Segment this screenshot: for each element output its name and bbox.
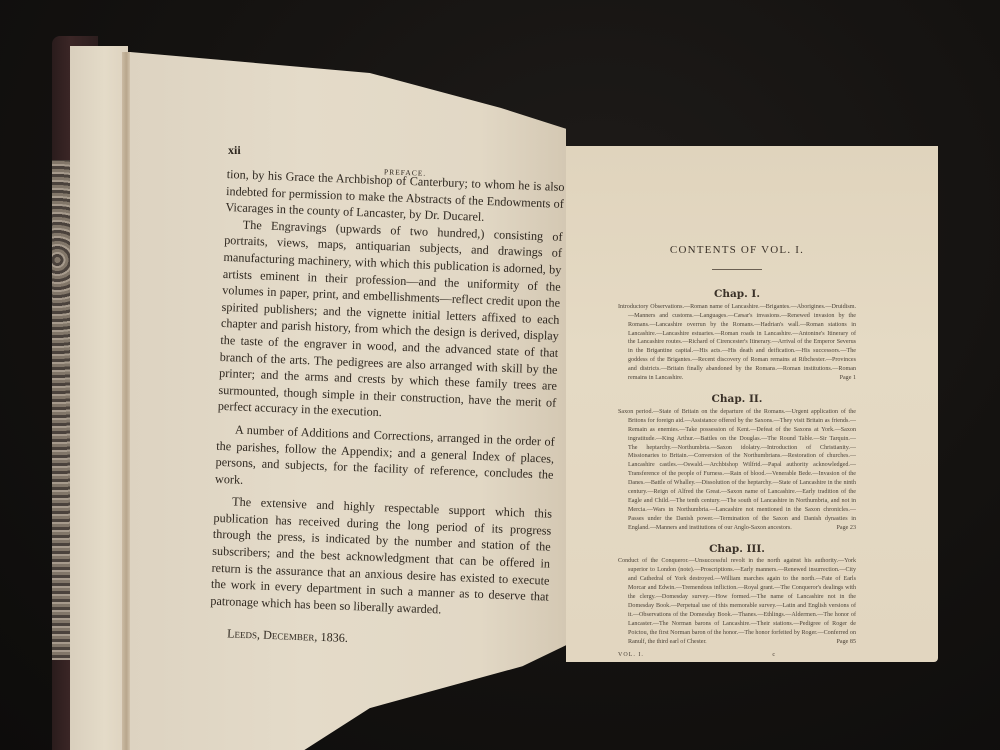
signature-mark: c: [772, 651, 776, 660]
contents-block: CONTENTS OF VOL. I. Chap. I. Introductor…: [618, 246, 856, 659]
book-photo: xii PREFACE. tion, by his Grace the Arch…: [0, 0, 1000, 750]
chapter-heading: Chap. III.: [618, 545, 856, 554]
chapter-summary: Introductory Observations.—Roman name of…: [618, 303, 856, 383]
page-reference: Page 85: [847, 638, 856, 647]
preface-paragraph: A number of Additions and Corrections, a…: [215, 421, 555, 500]
preface-paragraph: The Engravings (upwards of two hundred,)…: [218, 216, 563, 428]
chapter-summary: Saxon period.—State of Britain on the de…: [618, 408, 856, 533]
marbled-edge: [52, 160, 70, 660]
title-rule: [712, 269, 762, 270]
page-reference: Page 1: [850, 374, 856, 383]
chapter-heading: Chap. I.: [618, 290, 856, 299]
volume-label: VOL. I.: [618, 651, 644, 660]
page-footer: VOL. I. c: [618, 651, 856, 660]
page-gutter: [122, 52, 131, 750]
chapter-heading: Chap. II.: [618, 395, 856, 404]
chapter-summary: Conduct of the Conqueror.—Unsuccessful r…: [618, 557, 856, 646]
preface-text: tion, by his Grace the Archbishop of Can…: [209, 142, 566, 655]
preface-paragraph: The extensive and highly respectable sup…: [210, 493, 552, 622]
flyleaf: [70, 46, 128, 750]
contents-title: CONTENTS OF VOL. I.: [618, 246, 856, 255]
page-reference: Page 23: [847, 524, 856, 533]
